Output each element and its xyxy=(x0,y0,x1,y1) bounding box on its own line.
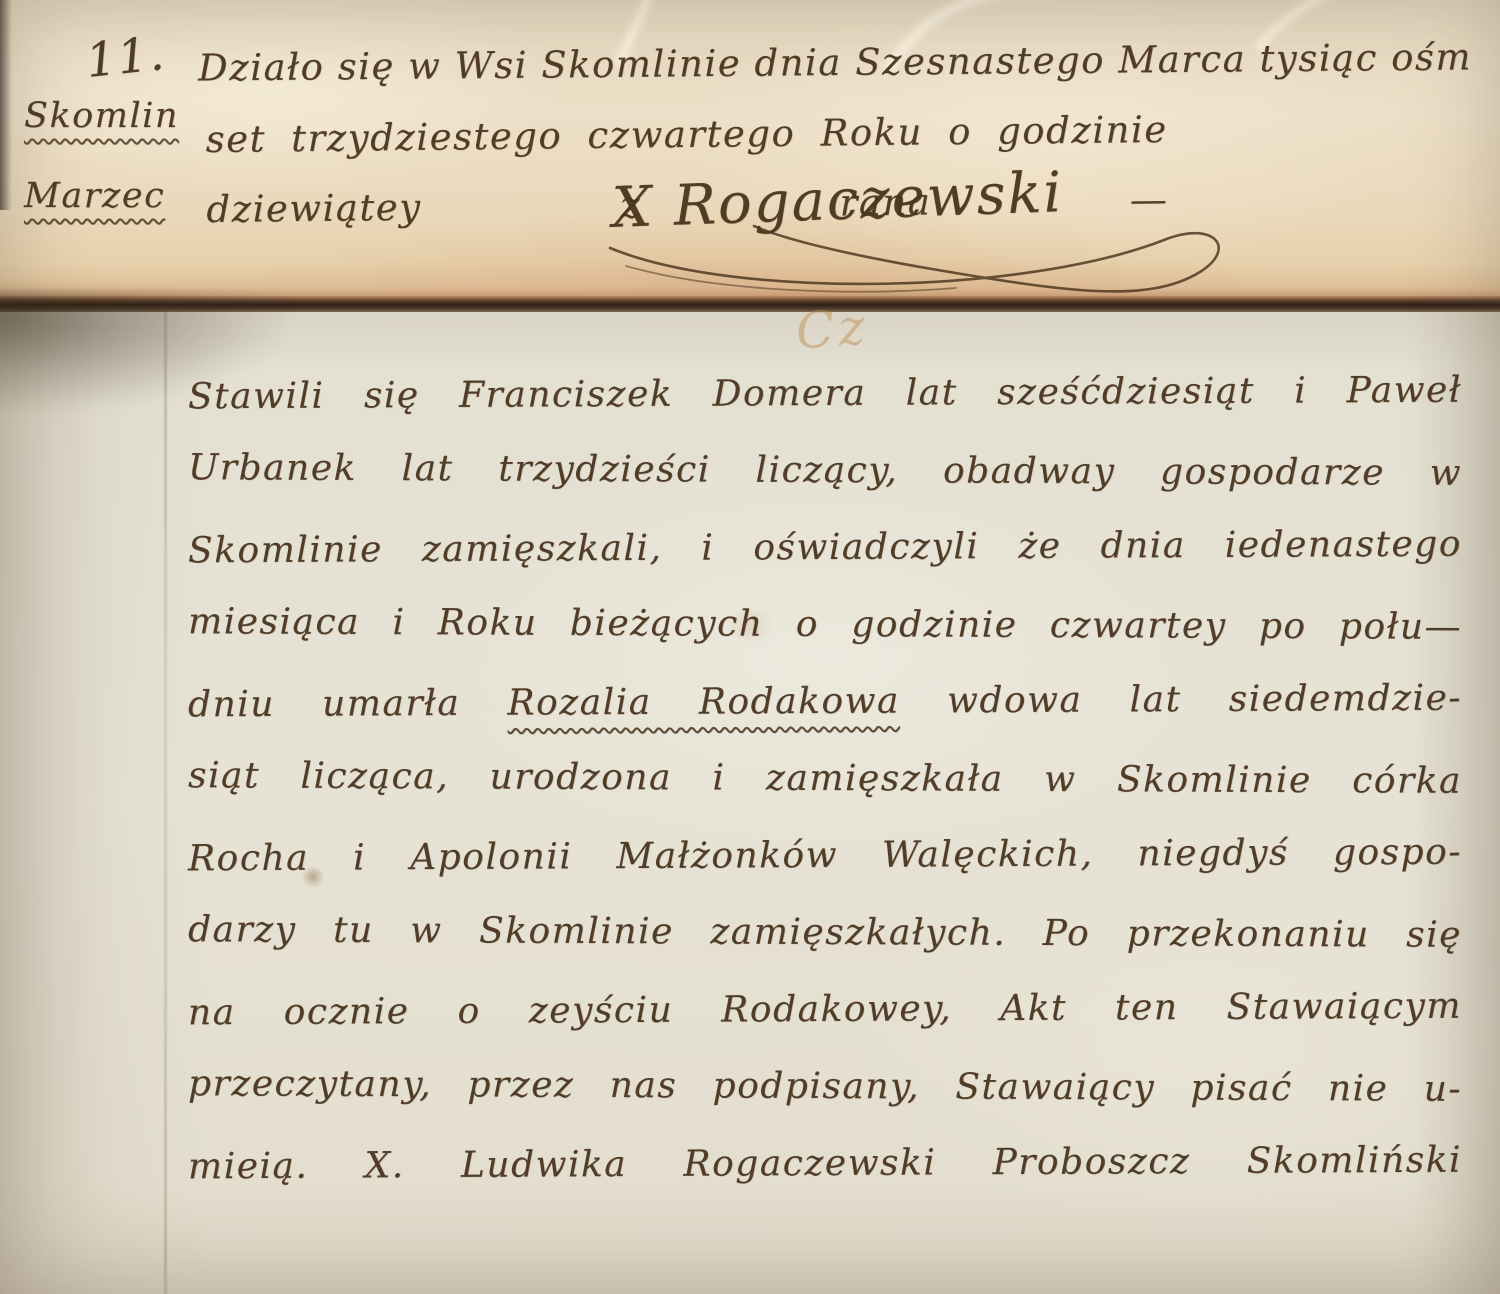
scan-edge-shadow xyxy=(0,0,14,210)
body-line-8: darzy tu w Skomlinie zamięszkałych. Po p… xyxy=(188,894,1462,977)
body-line-1: Stawili się Franciszek Domera lat sześćd… xyxy=(188,355,1462,439)
body-line-4: miesiąca i Roku bieżących o godzinie czw… xyxy=(188,586,1462,669)
header-line-1: Działo się w Wsi Skomlinie dnia Szesnast… xyxy=(198,22,1473,103)
record-header-section: 11. Skomlin Marzec Działo się w Wsi Skom… xyxy=(0,0,1500,296)
record-text-block: Stawili się Franciszek Domera lat sześćd… xyxy=(188,358,1462,1205)
scanned-death-record: 11. Skomlin Marzec Działo się w Wsi Skom… xyxy=(0,0,1500,1294)
margin-place-name: Skomlin xyxy=(24,96,179,136)
body-line-9: na ocznie o zeyściu Rodakowey, Akt ten S… xyxy=(188,971,1462,1055)
body-line-5-post: wdowa lat siedemdzie- xyxy=(900,678,1462,722)
deceased-name-underlined: Rozalia Rodakowa xyxy=(507,681,900,724)
body-line-11: mieią. X. Ludwika Rogaczewski Proboszcz … xyxy=(188,1125,1462,1209)
body-line-6: siąt licząca, urodzona i zamięszkała w S… xyxy=(188,740,1462,823)
record-body-section: Cz Stawili się Franciszek Domera lat sze… xyxy=(0,312,1500,1294)
body-line-10: przeczytany, przez nas podpisany, Stawai… xyxy=(188,1048,1462,1131)
body-line-3: Skomlinie zamięszkali, i oświadczyli że … xyxy=(188,509,1462,593)
body-line-2: Urbanek lat trzydzieści liczący, obadway… xyxy=(188,432,1462,515)
fold-line xyxy=(164,312,167,1294)
page-mark: Cz xyxy=(794,298,870,361)
record-number: 11. xyxy=(83,26,168,89)
body-line-5: dniu umarła Rozalia Rodakowa wdowa lat s… xyxy=(188,663,1462,747)
body-line-5-pre: dniu umarła xyxy=(188,683,508,726)
margin-month-label: Marzec xyxy=(24,176,165,216)
signature-flourish xyxy=(596,196,1256,311)
body-line-7: Rocha i Apolonii Małżonków Walęckich, ni… xyxy=(188,817,1462,901)
